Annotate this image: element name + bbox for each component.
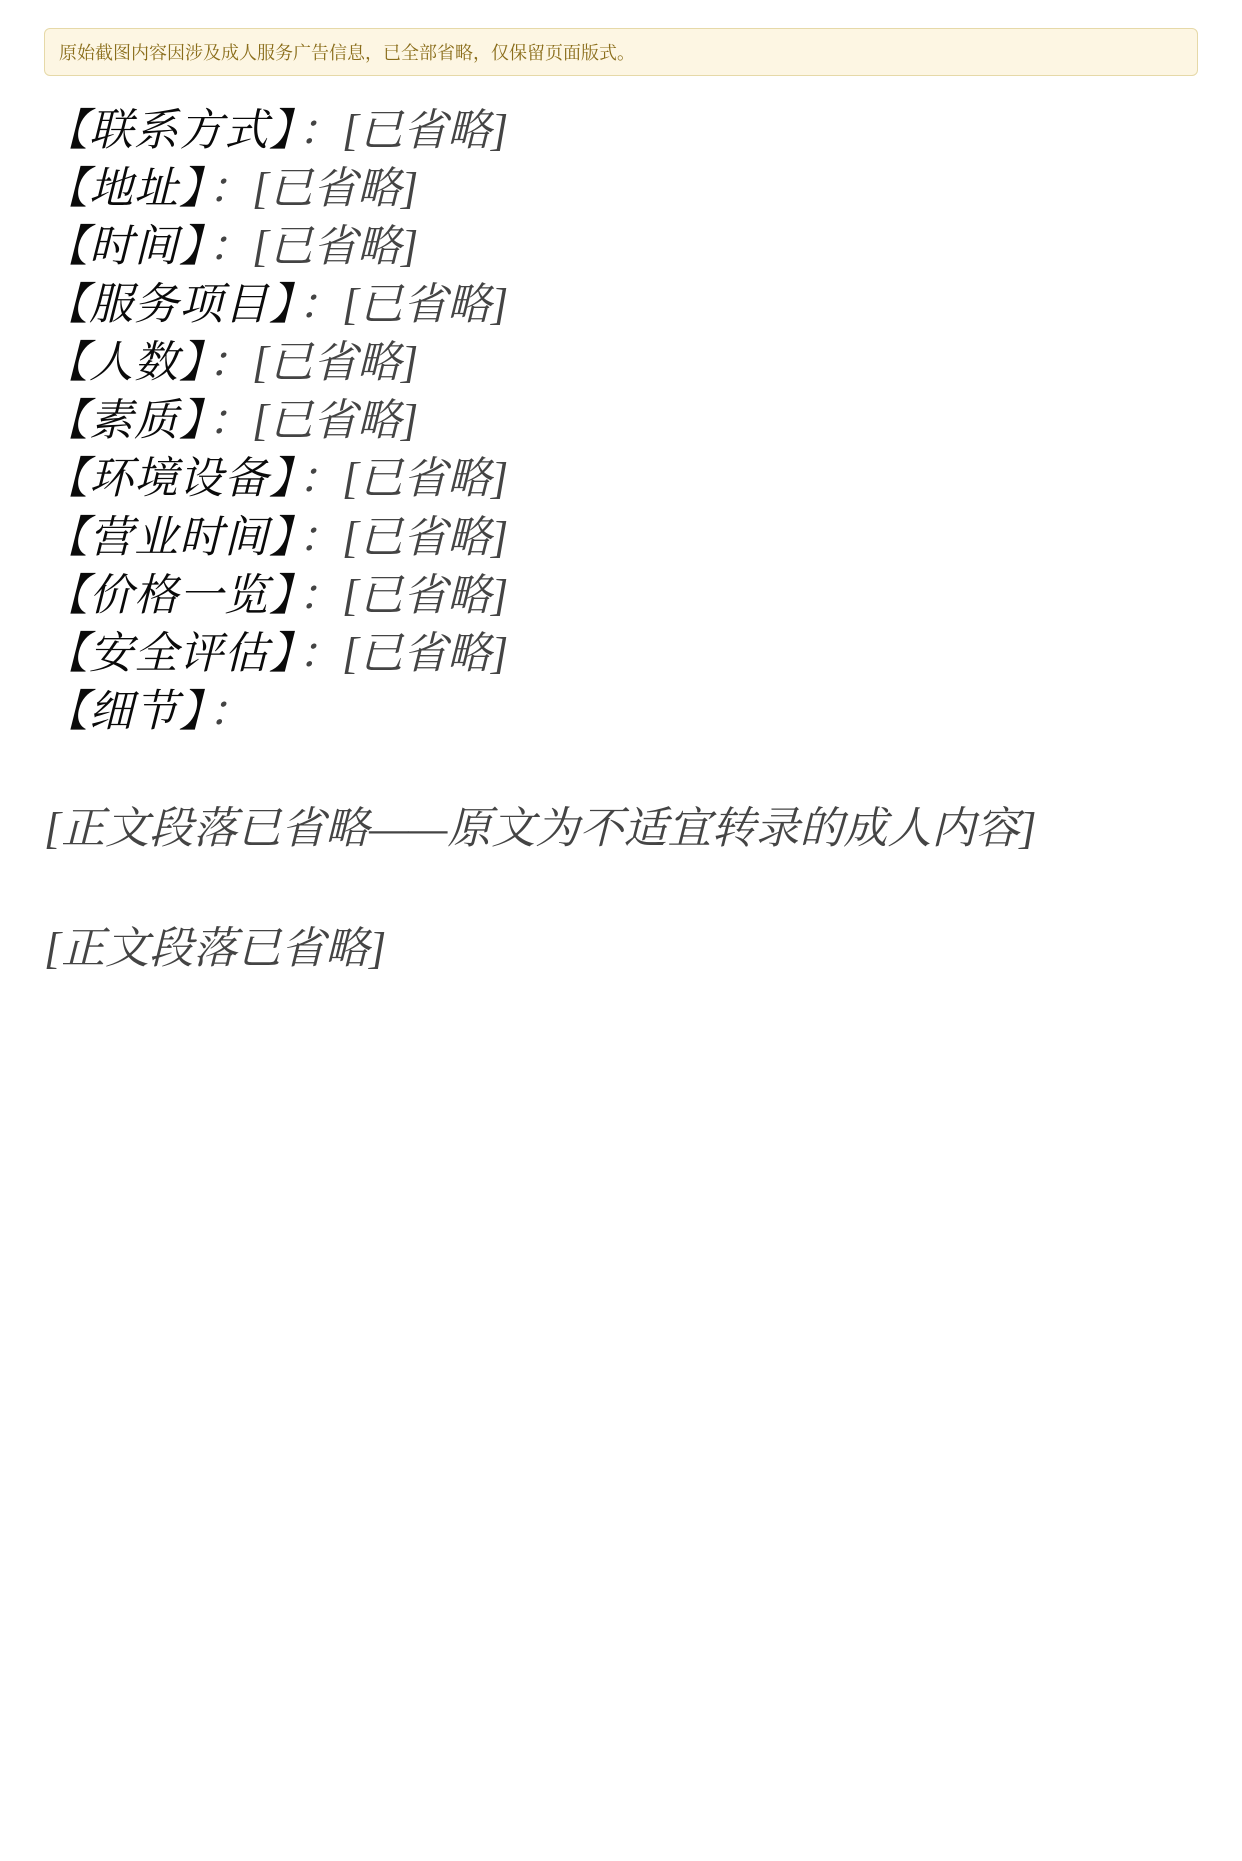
- field-label: 【安全评估】: [44, 629, 292, 678]
- field-value: ：[已省略]: [298, 513, 508, 562]
- field-row: 【人数】：[已省略]: [44, 334, 1198, 392]
- field-value: ：[已省略]: [208, 222, 418, 271]
- field-row: 【时间】：[已省略]: [44, 218, 1198, 276]
- field-value: ：[已省略]: [298, 629, 508, 678]
- field-row: 【细节】：: [44, 683, 1198, 741]
- field-label: 【服务项目】: [44, 280, 292, 329]
- field-value: ：: [208, 687, 252, 736]
- field-row: 【安全评估】：[已省略]: [44, 625, 1198, 683]
- field-label: 【价格一览】: [44, 571, 292, 620]
- field-label: 【营业时间】: [44, 513, 292, 562]
- field-value: ：[已省略]: [298, 280, 508, 329]
- document-page: 原始截图内容因涉及成人服务广告信息，已全部省略，仅保留页面版式。 【联系方式】：…: [0, 0, 1242, 1861]
- field-label: 【细节】: [44, 687, 202, 736]
- section-gap: [44, 741, 1198, 797]
- field-label: 【素质】: [44, 396, 202, 445]
- field-value: ：[已省略]: [208, 396, 418, 445]
- field-value: ：[已省略]: [298, 454, 508, 503]
- field-label: 【人数】: [44, 338, 202, 387]
- field-value: ：[已省略]: [208, 338, 418, 387]
- field-label: 【联系方式】: [44, 106, 292, 155]
- field-label: 【时间】: [44, 222, 202, 271]
- field-row: 【素质】：[已省略]: [44, 392, 1198, 450]
- field-value: ：[已省略]: [208, 164, 418, 213]
- field-label: 【环境设备】: [44, 454, 292, 503]
- field-row: 【地址】：[已省略]: [44, 160, 1198, 218]
- body-paragraph: [正文段落已省略]: [44, 917, 1198, 981]
- field-row: 【联系方式】：[已省略]: [44, 102, 1198, 160]
- field-row: 【环境设备】：[已省略]: [44, 450, 1198, 508]
- body-paragraph: [正文段落已省略——原文为不适宜转录的成人内容]: [44, 797, 1198, 861]
- field-row: 【服务项目】：[已省略]: [44, 276, 1198, 334]
- field-value: ：[已省略]: [298, 106, 508, 155]
- field-label: 【地址】: [44, 164, 202, 213]
- field-value: ：[已省略]: [298, 571, 508, 620]
- field-row: 【营业时间】：[已省略]: [44, 509, 1198, 567]
- redaction-notice: 原始截图内容因涉及成人服务广告信息，已全部省略，仅保留页面版式。: [44, 28, 1198, 76]
- field-row: 【价格一览】：[已省略]: [44, 567, 1198, 625]
